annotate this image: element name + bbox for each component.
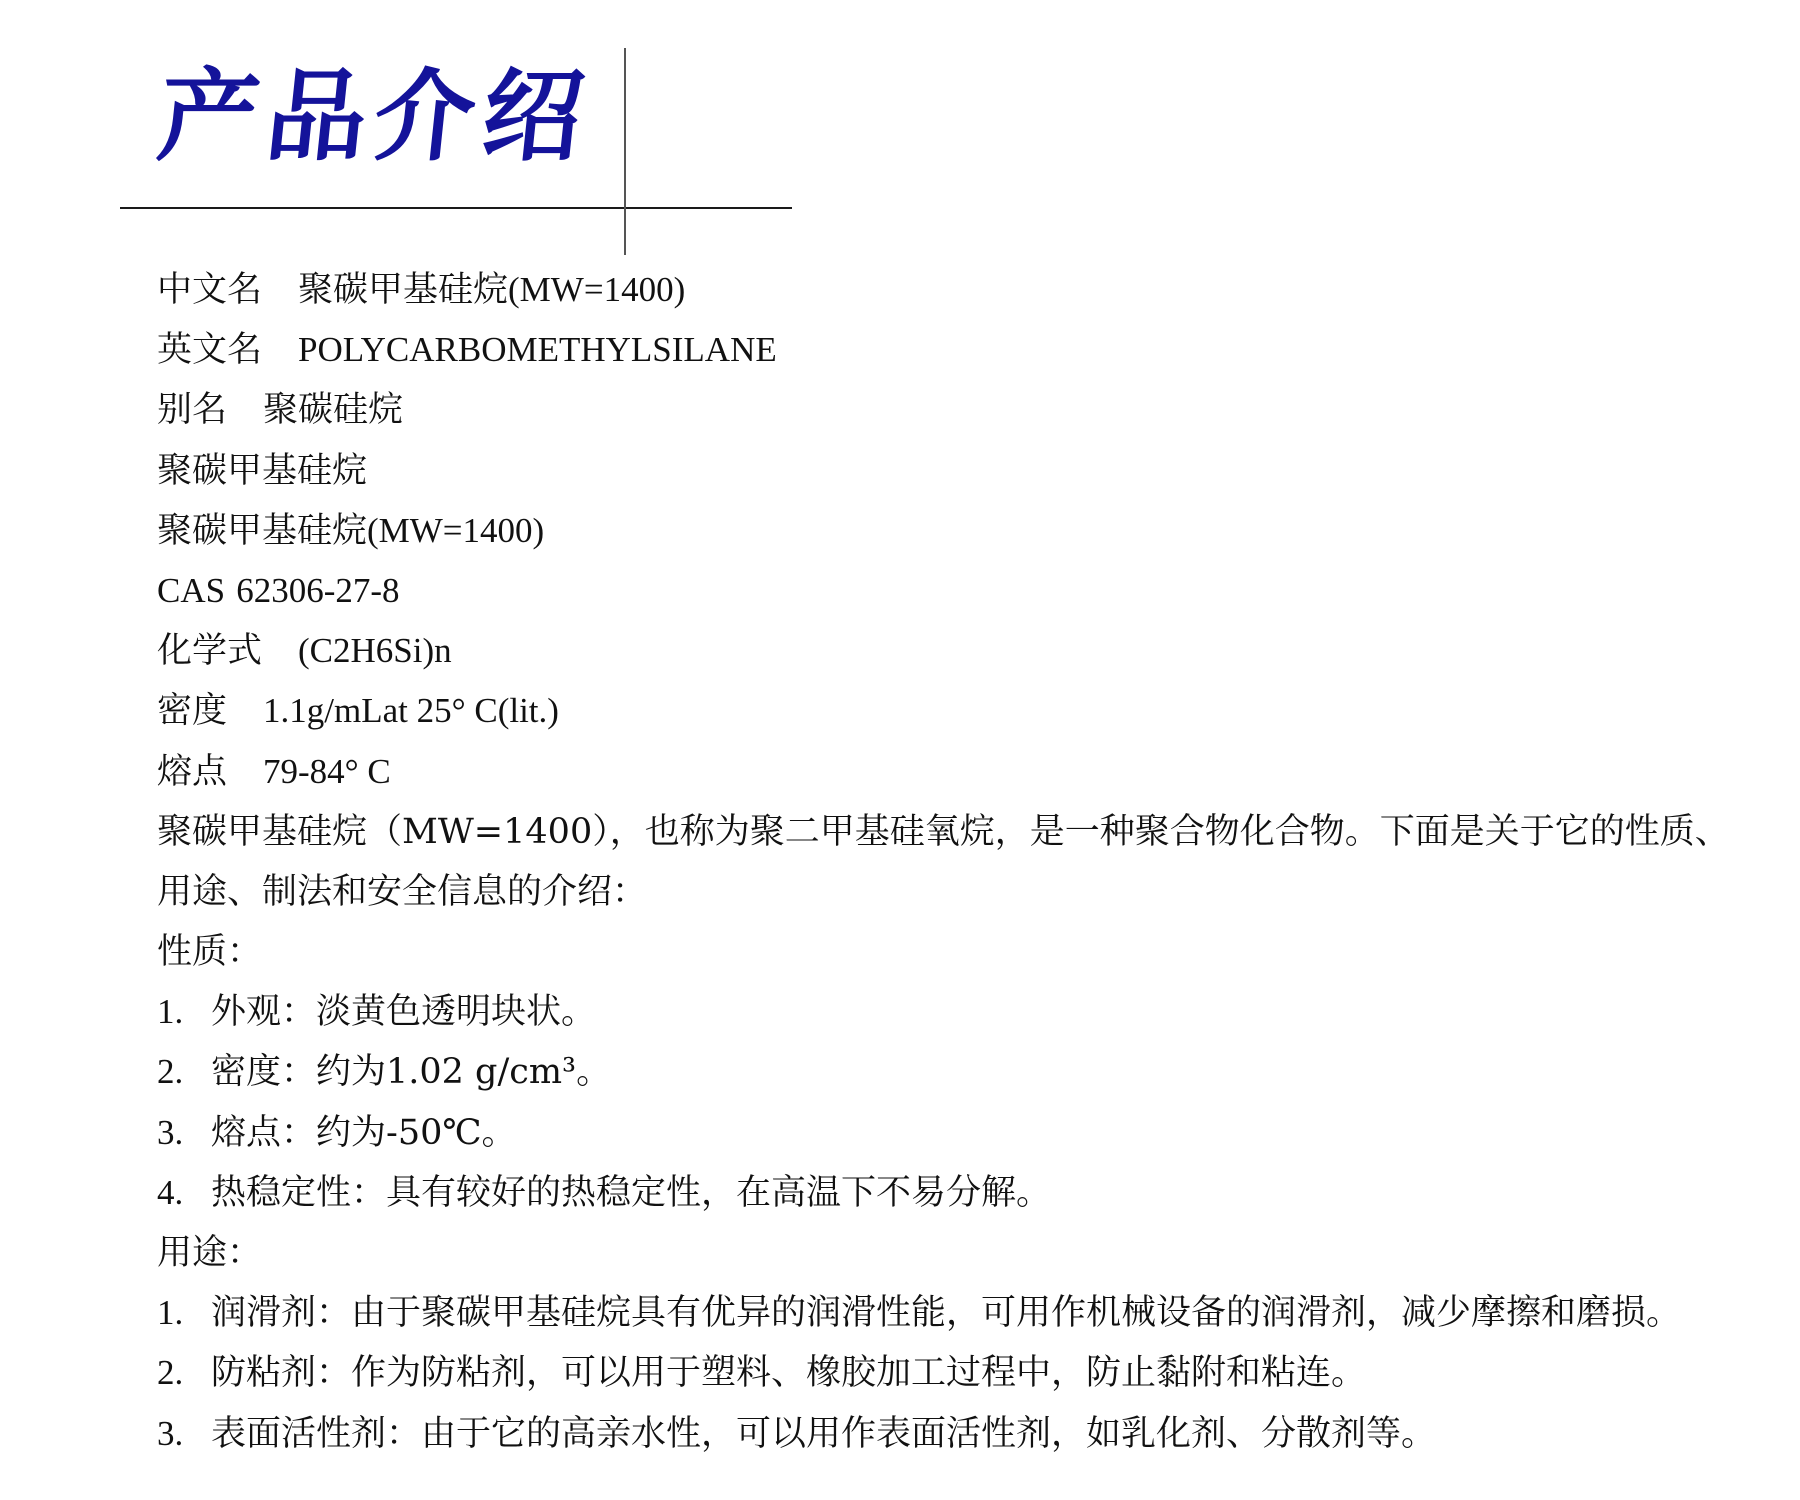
property-text: 外观：淡黄色透明块状。 [211,992,596,1032]
info-row-alias-3: 聚碳甲基硅烷(MW=1400) [157,506,1777,566]
title-underline-divider [120,207,792,209]
list-number: 3. [157,1108,211,1158]
properties-heading: 性质： [157,927,1777,987]
info-row-density: 密度1.1g/mLat 25° C(lit.) [157,686,1777,746]
use-item: 2.防粘剂：作为防粘剂，可以用于塑料、橡胶加工过程中，防止黏附和粘连。 [157,1348,1777,1408]
alias-value: 聚碳硅烷 [263,390,403,430]
cas-label: CAS [157,566,225,616]
english-name-label: 英文名 [157,325,262,375]
title-vertical-divider [624,48,626,255]
info-row-melting-point: 熔点79-84° C [157,747,1777,807]
formula-label: 化学式 [157,626,262,676]
intro-paragraph-line: 用途、制法和安全信息的介绍： [157,867,1777,927]
formula-value: (C2H6Si)n [298,631,452,670]
use-item: 1.润滑剂：由于聚碳甲基硅烷具有优异的润滑性能，可用作机械设备的润滑剂，减少摩擦… [157,1288,1777,1348]
alias-value: 聚碳甲基硅烷 [157,451,367,491]
list-number: 2. [157,1047,211,1097]
use-text: 表面活性剂：由于它的高亲水性，可以用作表面活性剂，如乳化剂、分散剂等。 [211,1414,1436,1454]
info-row-chinese-name: 中文名聚碳甲基硅烷(MW=1400) [157,265,1777,325]
density-label: 密度 [157,686,227,736]
intro-paragraph-line: 聚碳甲基硅烷（MW=1400），也称为聚二甲基硅氧烷，是一种聚合物化合物。下面是… [157,807,1777,867]
alias-label: 别名 [157,385,227,435]
info-row-alias: 别名聚碳硅烷 [157,385,1777,445]
uses-heading: 用途： [157,1228,1777,1288]
cas-value: 62306-27-8 [236,571,399,610]
use-text: 润滑剂：由于聚碳甲基硅烷具有优异的润滑性能，可用作机械设备的润滑剂，减少摩擦和磨… [211,1293,1681,1333]
list-number: 4. [157,1168,211,1218]
chinese-name-value: 聚碳甲基硅烷(MW=1400) [298,270,685,309]
property-item: 2.密度：约为1.02 g/cm³。 [157,1047,1777,1107]
list-number: 3. [157,1409,211,1459]
english-name-value: POLYCARBOMETHYLSILANE [298,330,777,369]
list-number: 2. [157,1348,211,1398]
chinese-name-label: 中文名 [157,265,262,315]
property-item: 3.熔点：约为-50℃。 [157,1108,1777,1168]
property-text: 熔点：约为-50℃。 [211,1113,517,1153]
melting-point-value: 79-84° C [263,752,391,791]
density-value: 1.1g/mLat 25° C(lit.) [263,691,559,730]
info-row-alias-2: 聚碳甲基硅烷 [157,446,1777,506]
use-item: 3.表面活性剂：由于它的高亲水性，可以用作表面活性剂，如乳化剂、分散剂等。 [157,1409,1777,1469]
list-number: 1. [157,1288,211,1338]
alias-value: 聚碳甲基硅烷(MW=1400) [157,511,544,550]
info-row-english-name: 英文名POLYCARBOMETHYLSILANE [157,325,1777,385]
property-text: 密度：约为1.02 g/cm³。 [211,1052,611,1092]
info-row-formula: 化学式(C2H6Si)n [157,626,1777,686]
property-text: 热稳定性：具有较好的热稳定性，在高温下不易分解。 [211,1173,1051,1213]
use-text: 防粘剂：作为防粘剂，可以用于塑料、橡胶加工过程中，防止黏附和粘连。 [211,1353,1366,1393]
product-info-body: 中文名聚碳甲基硅烷(MW=1400) 英文名POLYCARBOMETHYLSIL… [157,265,1777,1469]
list-number: 1. [157,987,211,1037]
page-title: 产品介绍 [152,52,598,182]
property-item: 4.热稳定性：具有较好的热稳定性，在高温下不易分解。 [157,1168,1777,1228]
melting-point-label: 熔点 [157,747,227,797]
property-item: 1.外观：淡黄色透明块状。 [157,987,1777,1047]
info-row-cas: CAS 62306-27-8 [157,566,1777,626]
